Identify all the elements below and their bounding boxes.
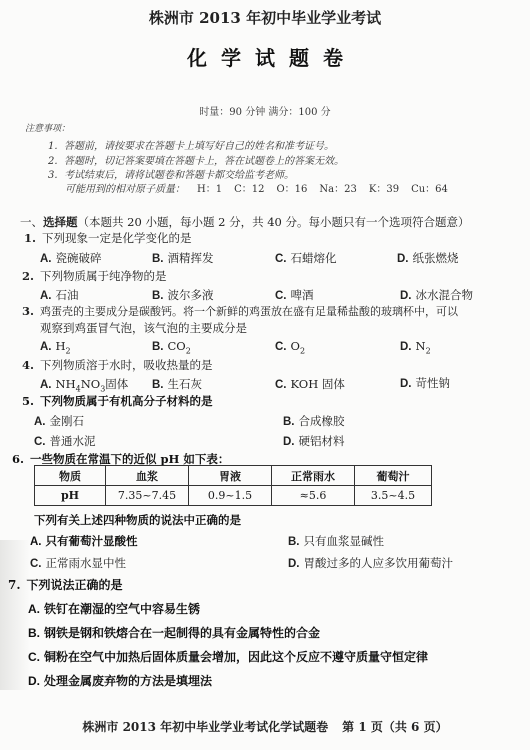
atomic-masses: 可能用到的相对原子质量：H：1C：12O：16Na：23K：39Cu：64 xyxy=(65,180,448,195)
option-letter: D. xyxy=(288,558,300,570)
option-text: 硬铝材料 xyxy=(299,434,345,448)
q7-option-b: B.钢铁是钢和铁熔合在一起制得的具有金属特性的合金 xyxy=(28,624,320,641)
table-cell: 7.35~7.45 xyxy=(106,486,189,506)
question-number: 1. xyxy=(24,231,36,245)
option-letter: B. xyxy=(283,416,295,428)
question-text: 下列物质属于纯净物的是 xyxy=(40,269,167,283)
table-cell: 胃液 xyxy=(189,466,272,486)
option-letter: A. xyxy=(40,253,52,265)
atomic-mass: C：12 xyxy=(234,184,264,195)
option-letter: D. xyxy=(400,378,412,390)
section-title: 选择题 xyxy=(43,215,78,229)
option-letter: B. xyxy=(152,341,164,353)
note-item: 3.考试结束后，请将试题卷和答题卡都交给监考老师。 xyxy=(48,166,294,181)
table-cell: 葡萄汁 xyxy=(355,466,432,486)
q2-option-a: A.石油 xyxy=(40,287,79,303)
option-letter: C. xyxy=(28,650,40,664)
q6-option-a: A.只有葡萄汁显酸性 xyxy=(30,533,138,549)
option-letter: B. xyxy=(152,379,164,391)
option-text: 石蜡熔化 xyxy=(291,251,337,265)
note-number: 1. xyxy=(48,141,64,152)
option-letter: A. xyxy=(40,341,52,353)
option-letter: C. xyxy=(34,436,46,448)
q2-option-c: C.啤酒 xyxy=(275,287,314,303)
question-4-stem: 4.下列物质溶于水时，吸收热量的是 xyxy=(22,357,213,373)
atomic-mass: O：16 xyxy=(276,184,307,195)
notes-heading: 注意事项： xyxy=(25,121,70,134)
q1-option-c: C.石蜡熔化 xyxy=(275,250,337,266)
option-letter: A. xyxy=(30,536,42,548)
option-letter: D. xyxy=(397,253,409,265)
option-text: CO xyxy=(168,339,186,353)
option-letter: A. xyxy=(34,416,46,428)
table-cell: 血浆 xyxy=(106,466,189,486)
option-text: 纸张燃烧 xyxy=(413,251,459,265)
page-number: 第 1 页（共 6 页） xyxy=(342,720,447,734)
q1-option-a: A.瓷碗破碎 xyxy=(40,250,102,266)
q5-option-a: A.金刚石 xyxy=(34,413,84,429)
option-text: 波尔多液 xyxy=(168,288,214,302)
option-letter: C. xyxy=(275,253,287,265)
note-number: 3. xyxy=(48,170,64,181)
question-6-stem-after: 下列有关上述四种物质的说法中正确的是 xyxy=(34,512,241,528)
subscript: 2 xyxy=(186,346,191,355)
option-letter: B. xyxy=(152,290,164,302)
q3-option-c: C.O2 xyxy=(275,339,305,355)
option-text: 正常雨水显中性 xyxy=(46,556,127,570)
option-text: 冰水混合物 xyxy=(416,288,474,302)
ph-table: 物质 血浆 胃液 正常雨水 葡萄汁 pH 7.35~7.45 0.9~1.5 ≈… xyxy=(34,465,432,506)
question-3-stem-line2: 观察到鸡蛋冒气泡，该气泡的主要成分是 xyxy=(40,320,247,336)
q1-option-d: D.纸张燃烧 xyxy=(397,250,459,266)
option-letter: A. xyxy=(28,602,40,616)
q4-option-c: C.KOH 固体 xyxy=(275,376,345,392)
q2-option-b: B.波尔多液 xyxy=(152,287,214,303)
q6-option-b: B.只有血浆显碱性 xyxy=(288,533,384,549)
question-number: 6. xyxy=(12,452,24,466)
option-text: 石油 xyxy=(56,288,79,302)
subscript: 2 xyxy=(300,346,305,355)
option-letter: D. xyxy=(28,674,40,688)
option-text: 只有葡萄汁显酸性 xyxy=(46,534,138,548)
option-text: 铜粉在空气中加热后固体质量会增加，因此这个反应不遵守质量守恒定律 xyxy=(44,650,428,664)
subscript: 2 xyxy=(66,346,71,355)
option-text: NO xyxy=(81,377,101,391)
table-cell: ≈5.6 xyxy=(272,486,355,506)
option-text: 酒精挥发 xyxy=(168,251,214,265)
question-number: 2. xyxy=(22,269,34,283)
option-text: NH xyxy=(56,377,76,391)
paper-title: 化学试题卷 xyxy=(0,42,530,71)
table-cell: 物质 xyxy=(35,466,106,486)
option-letter: A. xyxy=(40,379,52,391)
option-letter: D. xyxy=(400,290,412,302)
question-text: 下列物质属于有机高分子材料的是 xyxy=(40,394,213,408)
table-cell: 0.9~1.5 xyxy=(189,486,272,506)
q7-option-a: A.铁钉在潮湿的空气中容易生锈 xyxy=(28,600,200,617)
option-letter: D. xyxy=(400,341,412,353)
atomic-mass-label: 可能用到的相对原子质量： xyxy=(65,184,185,195)
question-number: 3. xyxy=(22,304,34,318)
scan-shadow xyxy=(0,540,30,690)
footer-title: 株洲市 2013 年初中毕业学业考试化学试题卷 xyxy=(82,720,328,734)
option-text: 合成橡胶 xyxy=(299,414,345,428)
q3-option-d: D.N2 xyxy=(400,339,431,355)
question-5-stem: 5.下列物质属于有机高分子材料的是 xyxy=(22,393,213,409)
q3-option-a: A.H2 xyxy=(40,339,71,355)
question-2-stem: 2.下列物质属于纯净物的是 xyxy=(22,268,167,284)
option-text: 啤酒 xyxy=(291,288,314,302)
question-text: 下列现象一定是化学变化的是 xyxy=(42,231,192,245)
note-item: 2.答题时，切记答案要填在答题卡上，答在试题卷上的答案无效。 xyxy=(48,152,344,167)
exam-title: 株洲市 2013 年初中毕业学业考试 xyxy=(0,7,530,28)
table-cell: pH xyxy=(35,486,106,506)
section-heading: 一、选择题（本题共 20 小题，每小题 2 分，共 40 分。每小题只有一个选项… xyxy=(20,214,470,230)
exam-meta: 时量：90 分钟 满分：100 分 xyxy=(0,103,530,118)
option-letter: C. xyxy=(30,558,42,570)
question-3-stem: 3.鸡蛋壳的主要成分是碳酸钙。将一个新鲜的鸡蛋放在盛有足量稀盐酸的玻璃杯中，可以 xyxy=(22,303,458,319)
q4-option-b: B.生石灰 xyxy=(152,376,202,392)
atomic-mass: H：1 xyxy=(197,184,222,195)
question-number: 4. xyxy=(22,358,34,372)
option-text: 胃酸过多的人应多饮用葡萄汁 xyxy=(304,556,454,570)
option-text: 苛性钠 xyxy=(416,376,451,390)
option-letter: C. xyxy=(275,379,287,391)
option-letter: C. xyxy=(275,290,287,302)
option-text: 固体 xyxy=(105,377,128,391)
q5-option-c: C.普通水泥 xyxy=(34,433,96,449)
question-number: 7. xyxy=(8,578,21,592)
option-letter: B. xyxy=(152,253,164,265)
atomic-mass: Na：23 xyxy=(319,184,356,195)
q5-option-d: D.硬铝材料 xyxy=(283,433,345,449)
table-cell: 正常雨水 xyxy=(272,466,355,486)
question-1-stem: 1.下列现象一定是化学变化的是 xyxy=(24,230,192,246)
atomic-mass: K：39 xyxy=(369,184,399,195)
question-7-stem: 7.下列说法正确的是 xyxy=(8,576,123,593)
question-text: 鸡蛋壳的主要成分是碳酸钙。将一个新鲜的鸡蛋放在盛有足量稀盐酸的玻璃杯中，可以 xyxy=(40,305,458,318)
exam-page: 株洲市 2013 年初中毕业学业考试 化学试题卷 时量：90 分钟 满分：100… xyxy=(0,0,530,750)
option-text: 铁钉在潮湿的空气中容易生锈 xyxy=(44,602,200,616)
q4-option-d: D.苛性钠 xyxy=(400,375,450,391)
table-cell: 3.5~4.5 xyxy=(355,486,432,506)
option-text: N xyxy=(416,339,426,353)
section-description: （本题共 20 小题，每小题 2 分，共 40 分。每小题只有一个选项符合题意） xyxy=(78,215,470,229)
note-text: 答题前，请按要求在答题卡上填写好自己的姓名和准考证号。 xyxy=(64,141,334,152)
option-text: KOH 固体 xyxy=(291,377,345,391)
table-row: pH 7.35~7.45 0.9~1.5 ≈5.6 3.5~4.5 xyxy=(35,486,432,506)
page-footer: 株洲市 2013 年初中毕业学业考试化学试题卷第 1 页（共 6 页） xyxy=(0,718,530,735)
option-letter: B. xyxy=(288,536,300,548)
option-text: 普通水泥 xyxy=(50,434,96,448)
option-letter: C. xyxy=(275,341,287,353)
option-text: O xyxy=(291,339,300,353)
option-letter: A. xyxy=(40,290,52,302)
subscript: 2 xyxy=(426,346,431,355)
option-text: 金刚石 xyxy=(50,414,85,428)
question-text: 下列物质溶于水时，吸收热量的是 xyxy=(40,358,213,372)
q4-option-a: A.NH4NO3固体 xyxy=(40,376,128,393)
table-header-row: 物质 血浆 胃液 正常雨水 葡萄汁 xyxy=(35,466,432,486)
note-item: 1.答题前，请按要求在答题卡上填写好自己的姓名和准考证号。 xyxy=(48,137,334,152)
q6-option-d: D.胃酸过多的人应多饮用葡萄汁 xyxy=(288,555,453,571)
option-text: 生石灰 xyxy=(168,377,203,391)
q1-option-b: B.酒精挥发 xyxy=(152,250,214,266)
q7-option-c: C.铜粉在空气中加热后固体质量会增加，因此这个反应不遵守质量守恒定律 xyxy=(28,648,428,665)
question-text: 一些物质在常温下的近似 pH 如下表： xyxy=(30,452,229,466)
section-prefix: 一、 xyxy=(20,215,43,229)
option-text: 瓷碗破碎 xyxy=(56,251,102,265)
question-text: 下列说法正确的是 xyxy=(27,578,123,592)
option-text: 处理金属废弃物的方法是填埋法 xyxy=(44,674,212,688)
option-text: 只有血浆显碱性 xyxy=(304,534,385,548)
q6-option-c: C.正常雨水显中性 xyxy=(30,555,126,571)
atomic-mass: Cu：64 xyxy=(411,184,448,195)
option-letter: D. xyxy=(283,436,295,448)
option-text: 钢铁是钢和铁熔合在一起制得的具有金属特性的合金 xyxy=(44,626,320,640)
q5-option-b: B.合成橡胶 xyxy=(283,413,345,429)
q3-option-b: B.CO2 xyxy=(152,339,191,355)
option-text: H xyxy=(56,339,66,353)
q2-option-d: D.冰水混合物 xyxy=(400,287,473,303)
q7-option-d: D.处理金属废弃物的方法是填埋法 xyxy=(28,672,212,689)
question-number: 5. xyxy=(22,394,34,408)
option-letter: B. xyxy=(28,626,40,640)
